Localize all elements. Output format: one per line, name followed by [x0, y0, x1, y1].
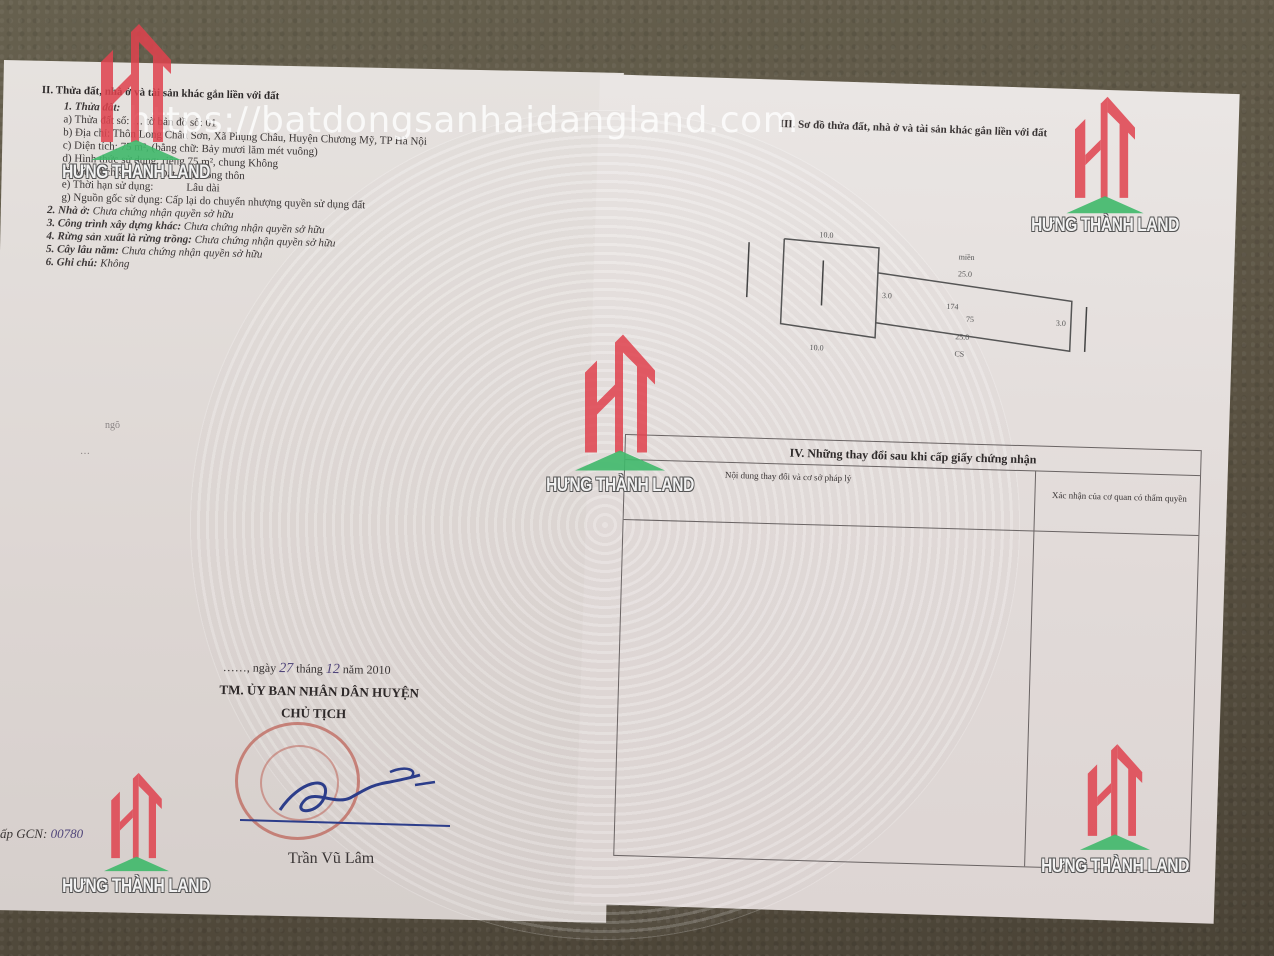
svg-text:25.0: 25.0	[955, 332, 969, 342]
land-certificate: II. Thửa đất, nhà ở và tài sản khác gắn …	[0, 0, 1274, 956]
hung-thanh-logo-icon	[104, 768, 169, 876]
svg-text:10.0: 10.0	[819, 230, 833, 240]
svg-text:10.0: 10.0	[809, 343, 823, 353]
brand-watermark: HƯNG THÀNH LAND	[36, 768, 236, 898]
signer-name: Trần Vũ Lâm	[288, 850, 374, 868]
signature-block: ……, ngày 27 tháng 12 năm 2010 TM. ỦY BAN…	[219, 660, 420, 723]
svg-text:3.0: 3.0	[882, 291, 892, 300]
brand-name: HƯNG THÀNH LAND	[1037, 856, 1193, 878]
brand-name: HƯNG THÀNH LAND	[54, 876, 218, 898]
faint-mark: …	[80, 446, 90, 457]
svg-text:75: 75	[966, 315, 974, 324]
svg-text:3.0: 3.0	[1056, 319, 1066, 328]
brand-watermark: HƯNG THÀNH LAND	[505, 330, 735, 497]
svg-text:miền: miền	[958, 252, 974, 262]
faint-mark: ngõ	[105, 420, 120, 431]
hung-thanh-logo-icon	[575, 330, 665, 475]
hung-thanh-logo-icon	[1080, 738, 1150, 856]
brand-watermark: HƯNG THÀNH LAND	[1020, 738, 1210, 878]
brand-name: HƯNG THÀNH LAND	[54, 162, 218, 184]
brand-name: HƯNG THÀNH LAND	[526, 475, 715, 497]
parcel-plot-diagram: 10.0 10.0 25.0 25.0 miền CS 174 75 3.0 3…	[739, 222, 1094, 367]
hung-thanh-logo-icon	[1065, 95, 1145, 215]
svg-text:174: 174	[946, 302, 958, 312]
brand-watermark: HƯNG THÀNH LAND	[1010, 95, 1200, 237]
brand-name: HƯNG THÀNH LAND	[1027, 215, 1183, 237]
handwritten-signature	[240, 760, 450, 830]
issue-date: ……, ngày 27 tháng 12 năm 2010	[223, 660, 420, 679]
hung-thanh-logo-icon	[91, 22, 181, 162]
signer-role: CHỦ TỊCH	[281, 705, 419, 723]
svg-text:25.0: 25.0	[958, 269, 972, 279]
issuing-organization: TM. ỦY BAN NHÂN DÂN HUYỆN	[219, 682, 419, 701]
svg-text:CS: CS	[954, 349, 964, 358]
brand-watermark: HƯNG THÀNH LAND	[36, 22, 236, 184]
